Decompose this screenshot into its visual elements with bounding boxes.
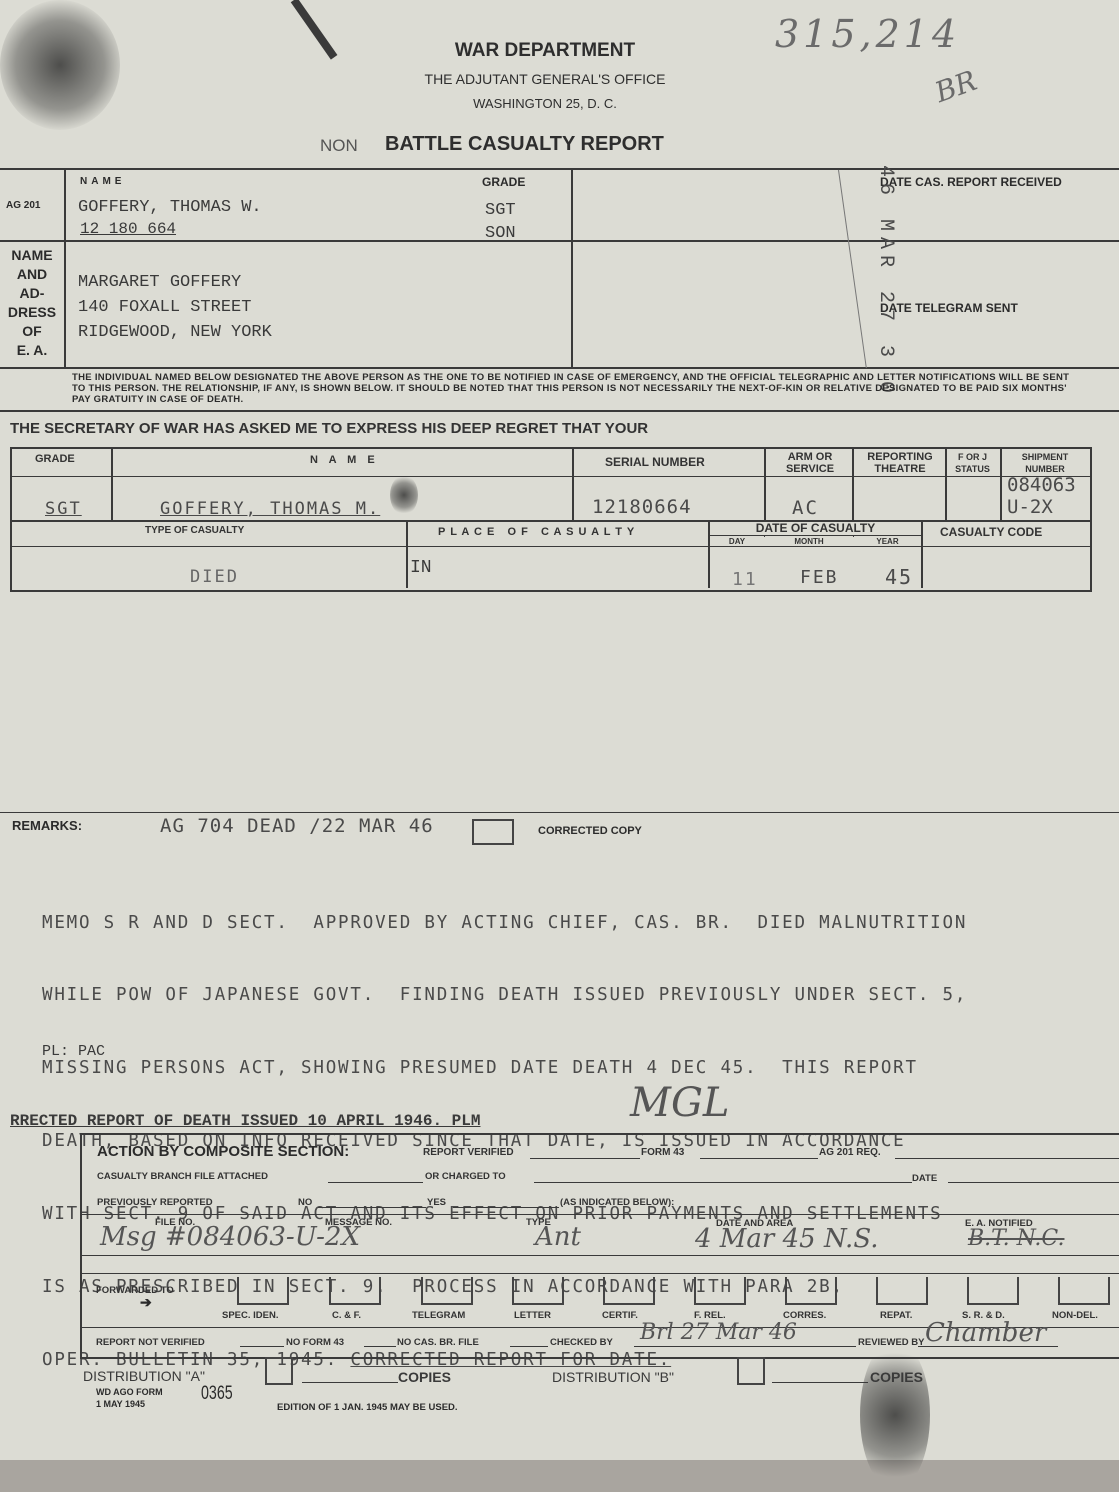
box-label: C. & F.	[332, 1310, 361, 1321]
date-label: DATE	[912, 1173, 937, 1184]
box-label: CERTIF.	[602, 1310, 638, 1321]
regret-text: THE SECRETARY OF WAR HAS ASKED ME TO EXP…	[10, 420, 648, 437]
ink-smudge	[0, 0, 120, 130]
ea-street: 140 FOXALL STREET	[78, 295, 272, 320]
cell-shipment-number: 084063	[1007, 474, 1076, 496]
date-telegram-label: DATE TELEGRAM SENT	[880, 301, 1018, 315]
remarks-label: REMARKS:	[12, 818, 82, 833]
copies-b-label: COPIES	[870, 1369, 923, 1385]
col-serial: SERIAL NUMBER	[605, 455, 705, 469]
distribution-a-checkbox[interactable]	[265, 1357, 293, 1385]
received-date-stamp: 46 MAR 27 3 0	[874, 165, 897, 399]
col-date: DATE OF CASUALTY	[710, 521, 921, 535]
letter-box[interactable]	[512, 1277, 564, 1305]
col-status: F OR J STATUS	[945, 451, 1000, 475]
col-place: P L A C E O F C A S U A L T Y	[438, 526, 635, 538]
col-code: CASUALTY CODE	[940, 525, 1042, 539]
emergency-address: MARGARET GOFFERY 140 FOXALL STREET RIDGE…	[78, 270, 272, 345]
box-label: TELEGRAM	[412, 1310, 465, 1321]
department-title: WAR DEPARTMENT	[380, 40, 710, 62]
soldier-name: GOFFERY, THOMAS W.	[78, 198, 262, 217]
notice-text: THE INDIVIDUAL NAMED BELOW DESIGNATED TH…	[72, 372, 1072, 405]
cell-serial: 12180664	[592, 496, 692, 518]
box-label: REPAT.	[880, 1310, 912, 1321]
ea-label-line: AND	[0, 265, 64, 284]
telegram-box[interactable]	[421, 1277, 473, 1305]
ea-label-line: AD-	[0, 284, 64, 303]
handwritten-reviewed-by: Chamber	[925, 1318, 1046, 1348]
corrected-copy-label: CORRECTED COPY	[538, 825, 642, 837]
grade-label: GRADE	[482, 175, 525, 189]
cell-grade: SGT	[45, 499, 82, 519]
col-name: N A M E	[310, 454, 379, 466]
form-date: 1 MAY 1945	[96, 1399, 145, 1409]
office-title: THE ADJUTANT GENERAL'S OFFICE	[380, 71, 710, 87]
ea-label-line: NAME	[0, 246, 64, 265]
col-theatre: REPORTING THEATRE	[855, 451, 945, 475]
soldier-serial: 12 180 664	[80, 220, 176, 238]
cell-shipment-code: U-2X	[1007, 496, 1053, 518]
form-id-label: WD AGO FORM	[96, 1387, 163, 1397]
form43-label: FORM 43	[641, 1147, 684, 1158]
col-day: DAY	[710, 537, 764, 546]
col-shipment: SHIPMENT NUMBER	[1002, 451, 1088, 475]
corrected-issued-line: RRECTED REPORT OF DEATH ISSUED 10 APRIL …	[10, 1112, 480, 1130]
ea-name: MARGARET GOFFERY	[78, 270, 272, 295]
remarks-line: MISSING PERSONS ACT, SHOWING PRESUMED DA…	[42, 1056, 967, 1080]
handwritten-checked-by: Brl 27 Mar 46	[640, 1320, 797, 1345]
no-cas-file-label: NO CAS. BR. FILE	[397, 1337, 479, 1348]
edition-note: EDITION OF 1 JAN. 1945 MAY BE USED.	[277, 1402, 458, 1413]
as-indicated-label: (AS INDICATED BELOW):	[560, 1197, 674, 1208]
ag-code-label: AG 201	[6, 200, 40, 211]
f-rel-box[interactable]	[694, 1277, 746, 1305]
certif-box[interactable]	[603, 1277, 655, 1305]
prev-yes-label: YES	[427, 1197, 446, 1208]
col-type: TYPE OF CASUALTY	[145, 525, 244, 536]
srd-box[interactable]	[967, 1277, 1019, 1305]
remarks-line: MEMO S R AND D SECT. APPROVED BY ACTING …	[42, 911, 967, 935]
handwritten-signature: MGL	[630, 1080, 729, 1126]
box-label: NON-DEL.	[1052, 1310, 1098, 1321]
form-number: 0365	[201, 1383, 233, 1405]
copies-a-label: COPIES	[398, 1369, 451, 1385]
distribution-b-label: DISTRIBUTION "B"	[552, 1369, 674, 1385]
ea-city: RIDGEWOOD, NEW YORK	[78, 320, 272, 345]
prev-reported-label: PREVIOUSLY REPORTED	[97, 1197, 213, 1208]
report-prefix: NON	[320, 136, 358, 156]
cell-name: GOFFERY, THOMAS M.	[160, 499, 380, 519]
handwritten-date-area: 4 Mar 45 N.S.	[695, 1224, 878, 1254]
fold-line	[838, 170, 867, 368]
no-form43-label: NO FORM 43	[286, 1337, 344, 1348]
c-and-f-box[interactable]	[329, 1277, 381, 1305]
cell-place: IN	[410, 558, 432, 578]
arrow-right-icon: ➔	[140, 1294, 152, 1311]
ea-label: NAME AND AD- DRESS OF E. A.	[0, 246, 64, 360]
cell-arm: AC	[792, 497, 819, 519]
ink-smudge	[390, 475, 418, 515]
handwritten-reference: 315,214	[775, 12, 960, 56]
report-verified-label: REPORT VERIFIED	[423, 1147, 514, 1158]
ea-label-line: DRESS	[0, 303, 64, 322]
cb-file-label: CASUALTY BRANCH FILE ATTACHED	[97, 1171, 268, 1182]
handwritten-initials: BR	[931, 64, 981, 109]
non-del-box[interactable]	[1058, 1277, 1110, 1305]
not-verified-label: REPORT NOT VERIFIED	[96, 1337, 205, 1348]
charged-to-label: OR CHARGED TO	[425, 1171, 506, 1182]
col-year: YEAR	[854, 537, 921, 546]
soldier-grade: SGT	[485, 201, 516, 220]
corres-box[interactable]	[785, 1277, 837, 1305]
ea-label-line: OF	[0, 322, 64, 341]
document-page: WAR DEPARTMENT THE ADJUTANT GENERAL'S OF…	[0, 0, 1119, 1460]
handwritten-type: Ant	[535, 1222, 581, 1252]
repat-box[interactable]	[876, 1277, 928, 1305]
spec-iden-box[interactable]	[237, 1277, 289, 1305]
ea-label-line: E. A.	[0, 341, 64, 360]
ag201-label: AG 201 REQ.	[819, 1147, 881, 1158]
handwritten-notified: B.T. N.C.	[968, 1226, 1064, 1251]
checked-by-label: CHECKED BY	[550, 1337, 613, 1348]
reviewed-by-label: REVIEWED BY	[858, 1337, 925, 1348]
cell-day: 11	[732, 569, 758, 590]
report-title: BATTLE CASUALTY REPORT	[385, 133, 664, 156]
cell-type: DIED	[190, 567, 239, 587]
relationship: SON	[485, 224, 516, 243]
box-label: SPEC. IDEN.	[222, 1310, 279, 1321]
date-received-label: DATE CAS. REPORT RECEIVED	[880, 175, 1062, 189]
handwritten-file-no: Msg #084063-U-2X	[100, 1222, 360, 1252]
col-grade: GRADE	[35, 453, 75, 465]
cell-month: FEB	[800, 567, 839, 588]
office-address: WASHINGTON 25, D. C.	[380, 96, 710, 111]
box-label: LETTER	[514, 1310, 551, 1321]
action-title: ACTION BY COMPOSITE SECTION:	[97, 1143, 349, 1160]
corrected-checkbox	[472, 819, 514, 845]
cell-year: 45	[885, 565, 913, 589]
col-month: MONTH	[765, 537, 853, 546]
remarks-reference: AG 704 DEAD /22 MAR 46	[160, 815, 434, 837]
col-arm: ARM OR SERVICE	[772, 451, 848, 475]
distribution-a-label: DISTRIBUTION "A"	[83, 1368, 205, 1384]
pen-stroke	[291, 0, 338, 60]
remarks-line: WHILE POW OF JAPANESE GOVT. FINDING DEAT…	[42, 983, 967, 1007]
typist-initials: PL: PAC	[42, 1043, 105, 1060]
name-label: NAME	[80, 176, 125, 187]
distribution-b-checkbox[interactable]	[737, 1357, 765, 1385]
prev-no-label: NO	[298, 1197, 312, 1208]
forwarded-to-label: FORWARDED TO	[96, 1285, 176, 1297]
